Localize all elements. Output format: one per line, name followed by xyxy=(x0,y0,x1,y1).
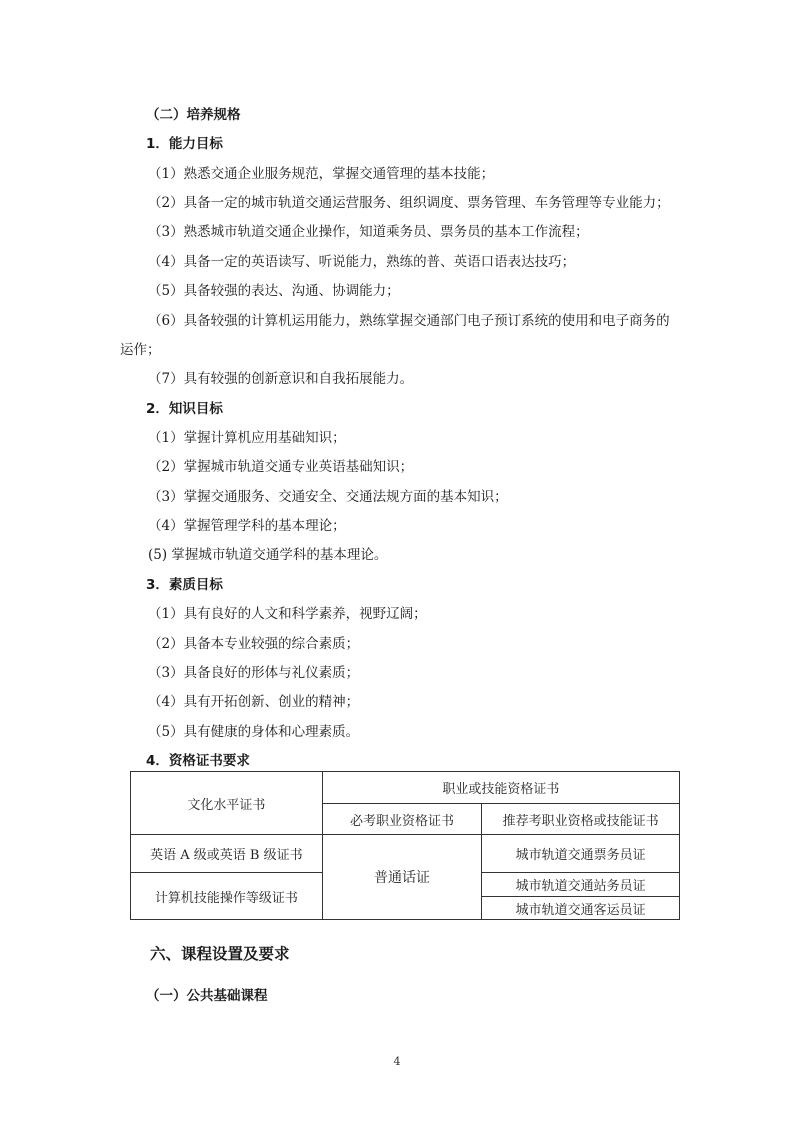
certificate-table: 文化水平证书 职业或技能资格证书 必考职业资格证书 推荐考职业资格或技能证书 英… xyxy=(130,771,680,920)
ability-item: （1）熟悉交通企业服务规范，掌握交通管理的基本技能； xyxy=(148,165,494,183)
recommended-cert-cell: 城市轨道交通站务员证 xyxy=(482,873,680,897)
ability-item-continuation: 运作； xyxy=(120,341,161,359)
quality-item: （3）具备良好的形体与礼仪素质； xyxy=(148,664,359,682)
certificates-heading: 4．资格证书要求 xyxy=(146,752,250,770)
recommended-cert-cell: 城市轨道交通客运员证 xyxy=(482,897,680,920)
ability-heading: 1．能力目标 xyxy=(146,135,223,153)
ability-item: （6）具备较强的计算机运用能力，熟练掌握交通部门电子预订系统的使用和电子商务的 xyxy=(148,312,670,330)
header-culture-cert: 文化水平证书 xyxy=(131,772,323,835)
ability-item: （2）具备一定的城市轨道交通运营服务、组织调度、票务管理、车务管理等专业能力； xyxy=(148,194,670,212)
knowledge-item: （1）掌握计算机应用基础知识； xyxy=(148,429,346,447)
header-recommended-cert: 推荐考职业资格或技能证书 xyxy=(482,804,680,835)
required-cert-cell: 普通话证 xyxy=(322,835,482,920)
knowledge-item: （4）掌握管理学科的基本理论； xyxy=(148,517,346,535)
culture-cert-cell: 计算机技能操作等级证书 xyxy=(131,873,323,920)
quality-item: （1）具有良好的人文和科学素养，视野辽阔； xyxy=(148,605,427,623)
section-title: （二）培养规格 xyxy=(146,106,241,124)
recommended-cert-cell: 城市轨道交通票务员证 xyxy=(482,835,680,873)
ability-item: （5）具备较强的表达、沟通、协调能力； xyxy=(148,282,400,300)
culture-cert-cell: 英语 A 级或英语 B 级证书 xyxy=(131,835,323,873)
subsection-title: （一）公共基础课程 xyxy=(146,987,268,1005)
ability-item: （7）具有较强的创新意识和自我拓展能力。 xyxy=(148,370,413,388)
ability-item: （4）具备一定的英语读写、听说能力，熟练的普、英语口语表达技巧； xyxy=(148,253,575,271)
chapter-title: 六、课程设置及要求 xyxy=(150,945,290,963)
ability-item: （3）熟悉城市轨道交通企业操作，知道乘务员、票务员的基本工作流程； xyxy=(148,223,589,241)
knowledge-item: (5) 掌握城市轨道交通学科的基本理论。 xyxy=(148,546,387,564)
quality-item: （2）具备本专业较强的综合素质； xyxy=(148,635,359,653)
knowledge-item: （2）掌握城市轨道交通专业英语基础知识； xyxy=(148,458,413,476)
header-vocational-cert: 职业或技能资格证书 xyxy=(322,772,679,804)
knowledge-heading: 2．知识目标 xyxy=(146,400,223,418)
header-required-cert: 必考职业资格证书 xyxy=(322,804,482,835)
quality-heading: 3．素质目标 xyxy=(146,576,223,594)
quality-item: （5）具有健康的身体和心理素质。 xyxy=(148,723,359,741)
knowledge-item: （3）掌握交通服务、交通安全、交通法规方面的基本知识； xyxy=(148,488,508,506)
page-number: 4 xyxy=(0,1055,794,1068)
quality-item: （4）具有开拓创新、创业的精神； xyxy=(148,693,359,711)
